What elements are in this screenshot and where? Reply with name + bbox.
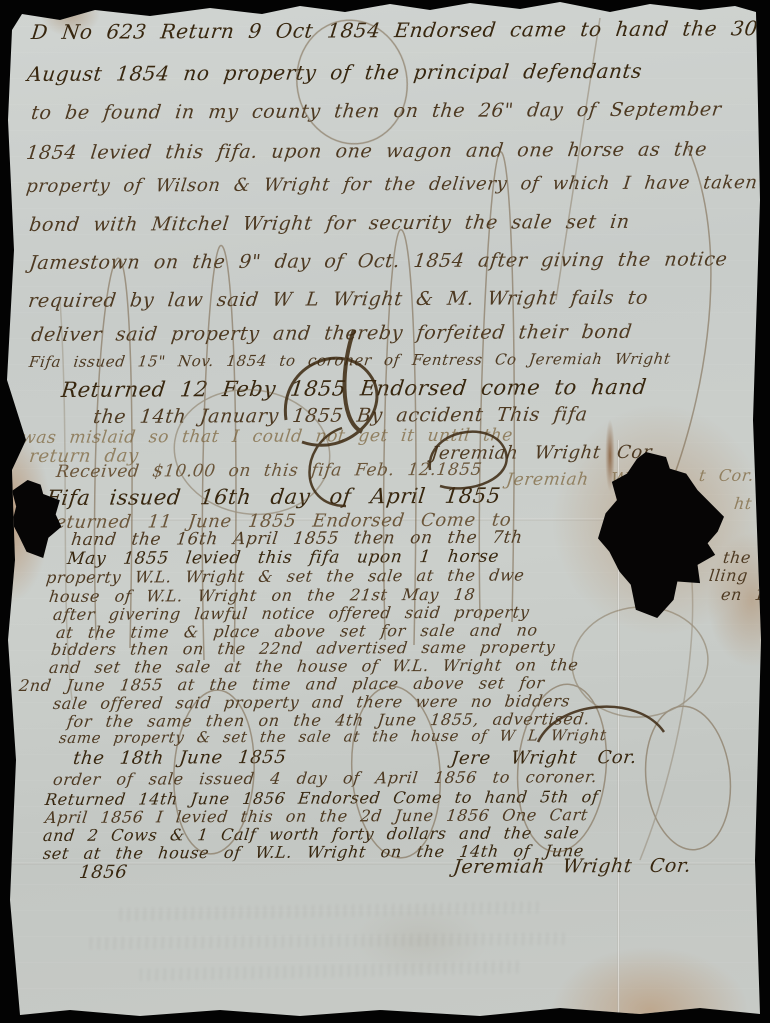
manuscript-line: deliver said property and thereby forfei… — [30, 321, 633, 346]
manuscript-line: bond with Mitchel Wright for security th… — [28, 211, 631, 236]
text-fragment: lling — [708, 566, 749, 585]
text-fragment: the — [722, 548, 752, 567]
text-fragment: en 1 — [720, 585, 767, 604]
photo-backdrop: D No 623 Return 9 Oct 1854 Endorsed came… — [0, 0, 770, 1023]
manuscript-line: Fifa issued 15" Nov. 1854 to coroner of … — [28, 350, 672, 371]
signature-jeremiah-wright-final: Jeremiah Wright Cor. — [452, 855, 693, 878]
manuscript-line: required by law said W L Wright & M. Wri… — [27, 287, 649, 312]
manuscript-line: 1856 — [78, 862, 129, 883]
text-fragment: t Cor. — [698, 466, 755, 485]
manuscript-line: property of Wilson & Wright for the deli… — [25, 172, 759, 197]
manuscript-line: August 1854 no property of the principal… — [26, 59, 644, 86]
bleed-through-writing — [140, 961, 520, 981]
manuscript-line: property W.L. Wright & set the sale at t… — [45, 565, 526, 587]
manuscript-line: to be found in my county then on the 26"… — [30, 98, 723, 124]
manuscript-line: the 18th June 1855 — [72, 747, 288, 769]
manuscript-line: Jamestown on the 9" day of Oct. 1854 aft… — [28, 248, 729, 274]
manuscript-line: Fifa issued 16th day of April 1855 — [45, 484, 502, 510]
text-fragment: ht — [733, 494, 753, 513]
manuscript-line: D No 623 Return 9 Oct 1854 Endorsed came… — [30, 16, 769, 44]
bleed-through-writing — [90, 932, 570, 949]
bleed-through-writing — [120, 901, 540, 920]
manuscript-paper: D No 623 Return 9 Oct 1854 Endorsed came… — [0, 0, 770, 1023]
manuscript-line: Received $10.00 on this fifa Feb. 12.185… — [55, 460, 483, 482]
manuscript-line: 1854 levied this fifa. upon one wagon an… — [25, 138, 708, 164]
manuscript-line: the 14th January 1855 By accident This f… — [92, 403, 589, 428]
manuscript-line: order of sale issued 4 day of April 1856… — [52, 767, 598, 789]
signature-jere-wright: Jere Wright Cor. — [450, 747, 638, 769]
manuscript-line: Returned 12 Feby 1855 Endorsed come to h… — [60, 375, 648, 402]
signature-jeremiah-wright: Jeremiah Wright Cor. — [430, 442, 658, 464]
manuscript-line: same property & set the sale at the hous… — [58, 726, 608, 747]
